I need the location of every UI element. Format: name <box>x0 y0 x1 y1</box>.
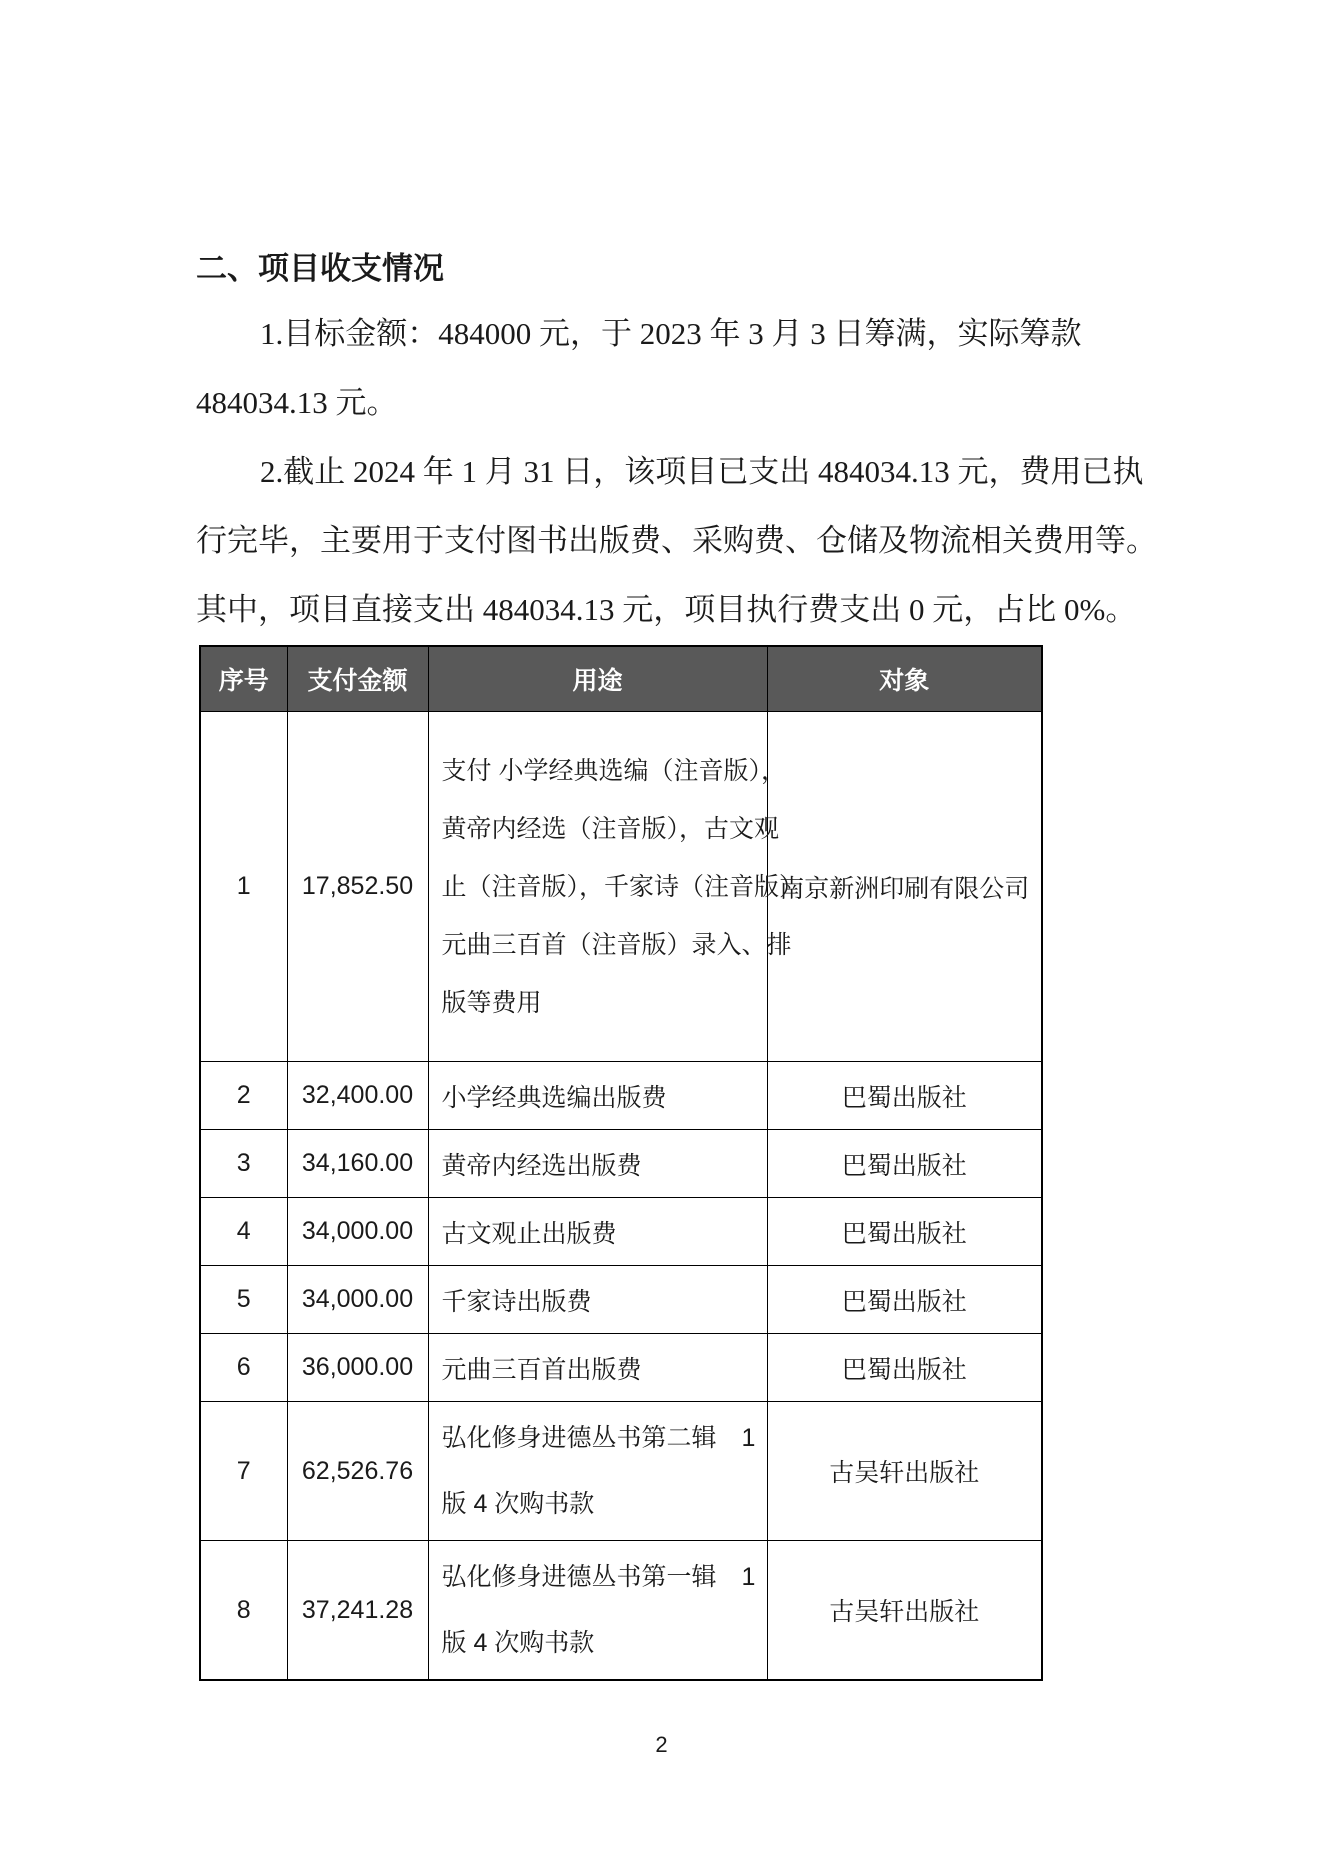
paragraph-line: 行完毕，主要用于支付图书出版费、采购费、仓储及物流相关费用等。 <box>196 506 1186 575</box>
cell-purpose: 千家诗出版费 <box>428 1266 767 1334</box>
cell-amount: 34,000.00 <box>287 1198 428 1266</box>
cell-payee: 南京新洲印刷有限公司 <box>767 712 1042 1062</box>
cell-amount: 37,241.28 <box>287 1541 428 1681</box>
table-row: 534,000.00千家诗出版费巴蜀出版社 <box>200 1266 1042 1334</box>
cell-amount: 34,160.00 <box>287 1130 428 1198</box>
cell-amount: 17,852.50 <box>287 712 428 1062</box>
cell-index: 8 <box>200 1541 287 1681</box>
cell-payee: 巴蜀出版社 <box>767 1266 1042 1334</box>
cell-index: 4 <box>200 1198 287 1266</box>
cell-purpose: 黄帝内经选出版费 <box>428 1130 767 1198</box>
header-cell-purpose: 用途 <box>428 646 767 712</box>
table-row: 837,241.28弘化修身进德丛书第一辑 1版 4 次购书款古吴轩出版社 <box>200 1541 1042 1681</box>
cell-index: 1 <box>200 712 287 1062</box>
purpose-line: 黄帝内经选出版费 <box>442 1146 761 1182</box>
paragraph-line: 1.目标金额：484000 元，于 2023 年 3 月 3 日筹满，实际筹款 <box>196 299 1186 368</box>
cell-payee: 巴蜀出版社 <box>767 1130 1042 1198</box>
cell-payee: 巴蜀出版社 <box>767 1198 1042 1266</box>
cell-amount: 36,000.00 <box>287 1334 428 1402</box>
purpose-line: 元曲三百首出版费 <box>442 1350 761 1386</box>
expense-table: 序号 支付金额 用途 对象 117,852.50支付 小学经典选编（注音版），黄… <box>199 645 1043 1681</box>
table-row: 117,852.50支付 小学经典选编（注音版），黄帝内经选（注音版），古文观止… <box>200 712 1042 1062</box>
table-row: 434,000.00古文观止出版费巴蜀出版社 <box>200 1198 1042 1266</box>
purpose-line: 止（注音版），千家诗（注音版） <box>442 858 761 916</box>
purpose-line: 弘化修身进德丛书第一辑 1 <box>442 1544 761 1610</box>
purpose-line: 古文观止出版费 <box>442 1214 761 1250</box>
cell-amount: 62,526.76 <box>287 1402 428 1541</box>
purpose-line: 版等费用 <box>442 974 761 1032</box>
table-row: 334,160.00黄帝内经选出版费巴蜀出版社 <box>200 1130 1042 1198</box>
purpose-line: 千家诗出版费 <box>442 1282 761 1318</box>
cell-payee: 古吴轩出版社 <box>767 1541 1042 1681</box>
paragraph-line: 其中，项目直接支出 484034.13 元，项目执行费支出 0 元，占比 0%。 <box>196 575 1186 644</box>
purpose-line: 黄帝内经选（注音版），古文观 <box>442 800 761 858</box>
cell-amount: 32,400.00 <box>287 1062 428 1130</box>
cell-purpose: 小学经典选编出版费 <box>428 1062 767 1130</box>
table-row: 232,400.00小学经典选编出版费巴蜀出版社 <box>200 1062 1042 1130</box>
table-row: 636,000.00元曲三百首出版费巴蜀出版社 <box>200 1334 1042 1402</box>
header-cell-amount: 支付金额 <box>287 646 428 712</box>
cell-payee: 巴蜀出版社 <box>767 1334 1042 1402</box>
cell-purpose: 元曲三百首出版费 <box>428 1334 767 1402</box>
body-text: 1.目标金额：484000 元，于 2023 年 3 月 3 日筹满，实际筹款 … <box>196 299 1186 644</box>
cell-amount: 34,000.00 <box>287 1266 428 1334</box>
cell-payee: 古吴轩出版社 <box>767 1402 1042 1541</box>
section-heading: 二、项目收支情况 <box>196 243 444 288</box>
document-page: 二、项目收支情况 1.目标金额：484000 元，于 2023 年 3 月 3 … <box>0 0 1323 1871</box>
purpose-line: 小学经典选编出版费 <box>442 1078 761 1114</box>
table-header-row: 序号 支付金额 用途 对象 <box>200 646 1042 712</box>
paragraph-line: 2.截止 2024 年 1 月 31 日，该项目已支出 484034.13 元，… <box>196 437 1186 506</box>
cell-index: 5 <box>200 1266 287 1334</box>
header-cell-index: 序号 <box>200 646 287 712</box>
purpose-line: 支付 小学经典选编（注音版）， <box>442 742 761 800</box>
header-cell-payee: 对象 <box>767 646 1042 712</box>
purpose-line: 元曲三百首（注音版）录入、排 <box>442 916 761 974</box>
purpose-line: 版 4 次购书款 <box>442 1471 761 1537</box>
table-body: 117,852.50支付 小学经典选编（注音版），黄帝内经选（注音版），古文观止… <box>200 712 1042 1681</box>
table-row: 762,526.76弘化修身进德丛书第二辑 1版 4 次购书款古吴轩出版社 <box>200 1402 1042 1541</box>
cell-purpose: 支付 小学经典选编（注音版），黄帝内经选（注音版），古文观止（注音版），千家诗（… <box>428 712 767 1062</box>
paragraph-line: 484034.13 元。 <box>196 368 1186 437</box>
cell-purpose: 弘化修身进德丛书第一辑 1版 4 次购书款 <box>428 1541 767 1681</box>
cell-index: 2 <box>200 1062 287 1130</box>
cell-index: 3 <box>200 1130 287 1198</box>
cell-index: 6 <box>200 1334 287 1402</box>
purpose-line: 版 4 次购书款 <box>442 1610 761 1676</box>
purpose-line: 弘化修身进德丛书第二辑 1 <box>442 1405 761 1471</box>
cell-purpose: 古文观止出版费 <box>428 1198 767 1266</box>
page-number: 2 <box>0 1732 1323 1758</box>
cell-purpose: 弘化修身进德丛书第二辑 1版 4 次购书款 <box>428 1402 767 1541</box>
cell-payee: 巴蜀出版社 <box>767 1062 1042 1130</box>
cell-index: 7 <box>200 1402 287 1541</box>
